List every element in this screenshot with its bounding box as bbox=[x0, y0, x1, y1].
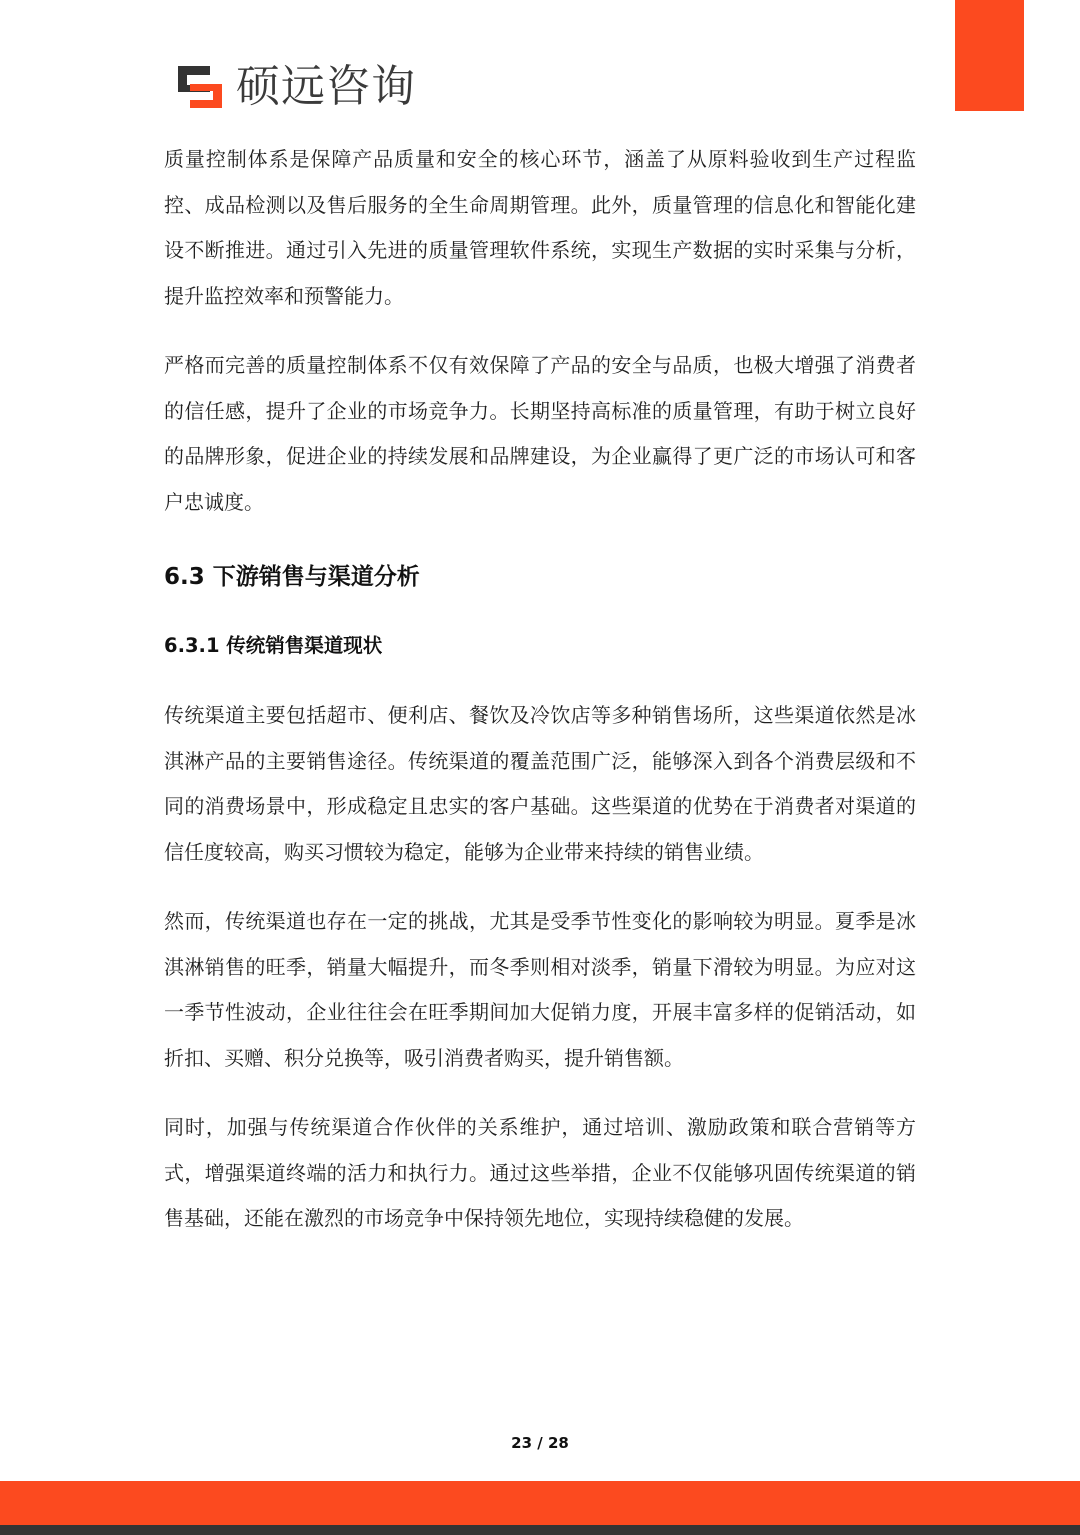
paragraph-traditional-channels: 传统渠道主要包括超市、便利店、餐饮及冷饮店等多种销售场所，这些渠道依然是冰淇淋产… bbox=[164, 693, 916, 875]
paragraph-seasonal-challenges: 然而，传统渠道也存在一定的挑战，尤其是受季节性变化的影响较为明显。夏季是冰淇淋销… bbox=[164, 899, 916, 1081]
footer-accent-bar bbox=[0, 1481, 1080, 1525]
paragraph-partner-relations: 同时，加强与传统渠道合作伙伴的关系维护，通过培训、激励政策和联合营销等方式，增强… bbox=[164, 1105, 916, 1242]
paragraph-quality-control: 质量控制体系是保障产品质量和安全的核心环节，涵盖了从原料验收到生产过程监控、成品… bbox=[164, 137, 916, 319]
brand-name: 硕远咨询 bbox=[236, 62, 416, 112]
subsection-heading: 6.3.1 传统销售渠道现状 bbox=[164, 629, 916, 663]
corner-accent-block bbox=[955, 0, 1024, 111]
footer-dark-strip bbox=[0, 1525, 1080, 1535]
page-number: 23 / 28 bbox=[0, 1434, 1080, 1452]
section-heading: 6.3 下游销售与渠道分析 bbox=[164, 557, 916, 597]
document-body: 质量控制体系是保障产品质量和安全的核心环节，涵盖了从原料验收到生产过程监控、成品… bbox=[164, 137, 916, 1242]
brand-s-logo-icon bbox=[176, 64, 226, 110]
paragraph-quality-benefits: 严格而完善的质量控制体系不仅有效保障了产品的安全与品质，也极大增强了消费者的信任… bbox=[164, 343, 916, 525]
brand-logo: 硕远咨询 bbox=[176, 62, 416, 112]
